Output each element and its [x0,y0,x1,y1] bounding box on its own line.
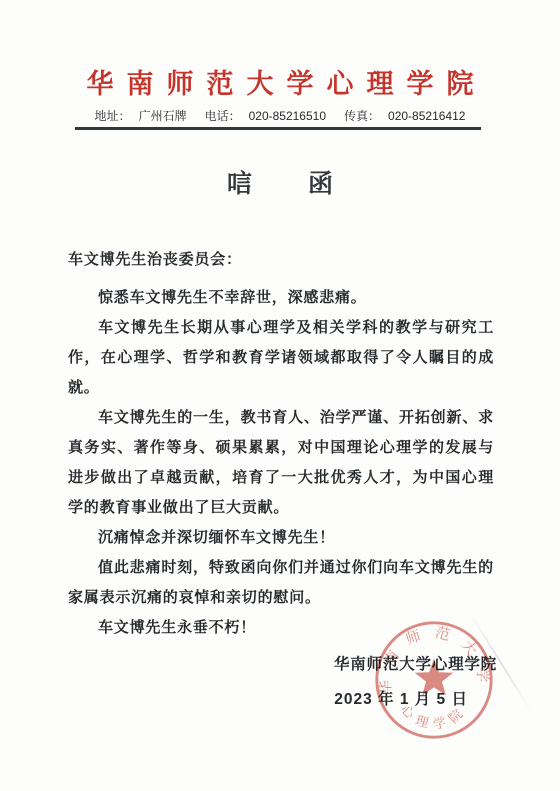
letterhead-divider-rule [75,127,481,130]
paragraph: 值此悲痛时刻，特致函向你们并通过你们向车文博先生的家属表示沉痛的哀悼和亲切的慰问… [68,553,494,613]
fax-value: 020-85216412 [388,109,465,123]
condolence-letter-page: 华南师范大学心理学院 地址： 广州石牌 电话： 020-85216510 传真：… [0,0,560,791]
title-char-first: 唁 [227,170,252,198]
title-char-second: 函 [308,170,333,198]
paragraph: 沉痛悼念并深切缅怀车文博先生！ [68,523,494,553]
letter-body: 车文博先生治丧委员会： 惊悉车文博先生不幸辞世，深感悲痛。 车文博先生长期从事心… [68,245,494,643]
document-title: 唁函 [0,164,560,200]
paragraph: 车文博先生的一生，教书育人、治学严谨、开拓创新、求真务实、著作等身、硕果累累，对… [68,403,494,523]
phone-label: 电话： [205,107,241,124]
letterhead-institution-name: 华南师范大学心理学院 [0,62,560,101]
seal-bottom-text: 心理学院 [398,702,470,733]
paragraph: 惊悉车文博先生不幸辞世，深感悲痛。 [68,283,494,313]
fax-label: 传真： [344,107,380,124]
seal-star-icon [415,659,454,696]
letterhead-contact-line: 地址： 广州石牌 电话： 020-85216510 传真： 020-852164… [0,107,560,124]
official-seal-stamp: 华南师范大学 心理学院 [371,617,497,743]
paragraph: 车文博先生长期从事心理学及相关学科的教学与研究工作，在心理学、哲学和教育学诸领域… [68,313,494,403]
address-label: 地址： [95,107,131,124]
phone-value: 020-85216510 [249,109,326,123]
salutation: 车文博先生治丧委员会： [68,245,494,275]
address-value: 广州石牌 [139,107,187,124]
